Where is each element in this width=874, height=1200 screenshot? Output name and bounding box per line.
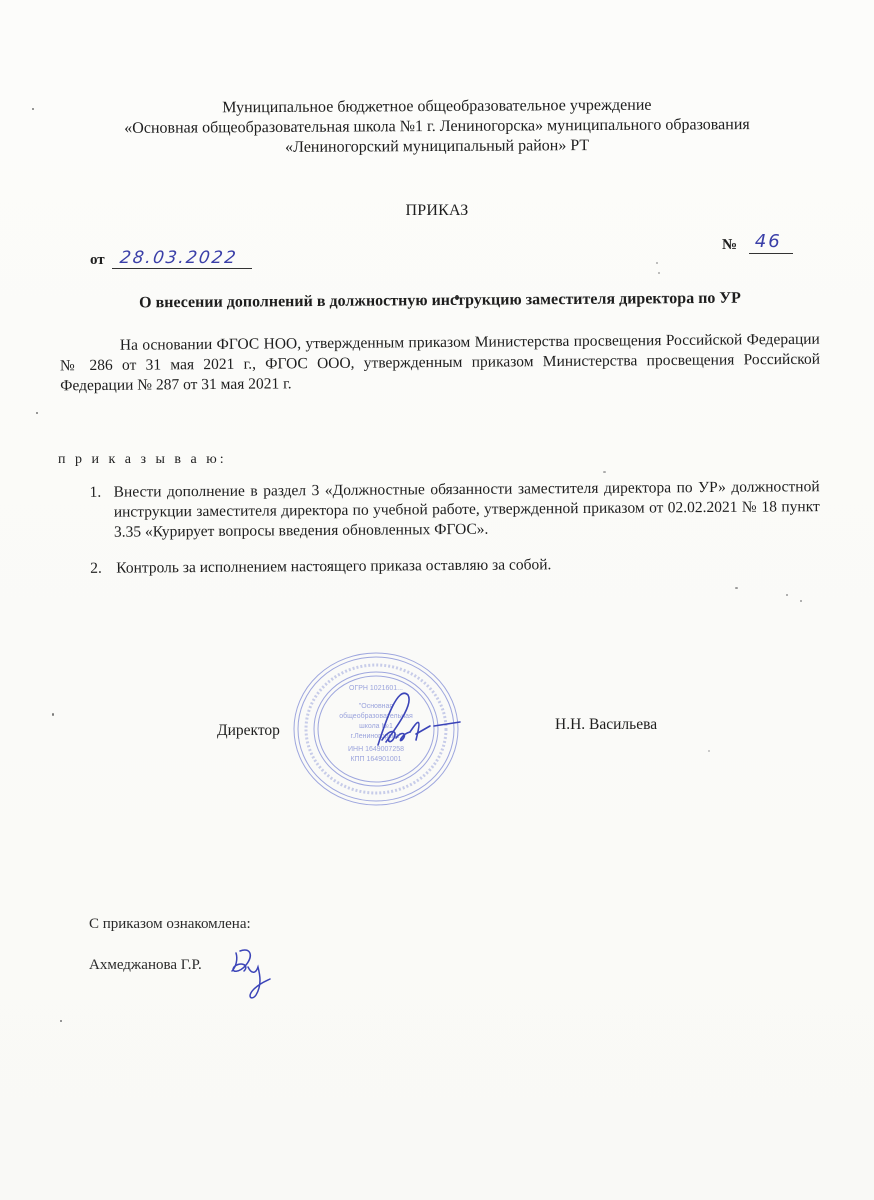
scan-speck bbox=[656, 262, 658, 264]
scan-speck bbox=[800, 600, 802, 602]
item-number: 2. bbox=[90, 559, 102, 579]
signatory-position: Директор bbox=[217, 722, 280, 740]
svg-text:КПП 164901001: КПП 164901001 bbox=[350, 756, 401, 763]
scan-speck bbox=[52, 713, 54, 716]
svg-text:ОГРН 1021601...: ОГРН 1021601... bbox=[349, 685, 403, 692]
order-item-2: 2. Контроль за исполнением настоящего пр… bbox=[90, 553, 820, 579]
scan-speck bbox=[32, 108, 34, 110]
number-value: 46 bbox=[755, 231, 782, 252]
svg-text:ИНН 1649007258: ИНН 1649007258 bbox=[348, 746, 404, 753]
date-value: 28.03.2022 bbox=[119, 248, 239, 268]
scan-speck bbox=[786, 594, 788, 596]
scanned-document-page: Муниципальное бюджетное общеобразователь… bbox=[0, 0, 874, 1200]
date-label: от bbox=[90, 252, 105, 269]
order-number-field: № 46 bbox=[722, 233, 793, 254]
scan-speck bbox=[603, 471, 606, 473]
item-text: Контроль за исполнением настоящего прика… bbox=[116, 556, 551, 576]
svg-text:школа №1: школа №1 bbox=[359, 723, 393, 730]
scan-speck bbox=[735, 587, 738, 589]
scan-speck bbox=[36, 412, 38, 414]
document-type-title: ПРИКАЗ bbox=[0, 202, 874, 220]
acknowledgement-label: С приказом ознакомлена: bbox=[89, 916, 251, 933]
scan-speck bbox=[658, 272, 660, 274]
item-text: Внести дополнение в раздел 3 «Должностны… bbox=[114, 478, 820, 541]
order-items-list: 1. Внести дополнение в раздел 3 «Должнос… bbox=[90, 477, 821, 595]
item-number: 1. bbox=[90, 483, 102, 503]
number-underline: 46 bbox=[749, 233, 793, 254]
institution-header: Муниципальное бюджетное общеобразователь… bbox=[60, 95, 814, 160]
scan-speck bbox=[60, 1020, 62, 1022]
order-subject: О внесении дополнений в должностную инст… bbox=[60, 289, 820, 313]
date-underline: 28.03.2022 bbox=[112, 248, 252, 269]
signatory-name: Н.Н. Васильева bbox=[555, 716, 657, 734]
number-label: № bbox=[722, 237, 737, 253]
svg-text:"Основная: "Основная bbox=[359, 703, 394, 710]
order-basis-paragraph: На основании ФГОС НОО, утвержденным прик… bbox=[60, 330, 820, 397]
order-item-1: 1. Внести дополнение в раздел 3 «Должнос… bbox=[90, 477, 820, 543]
handwritten-signature-icon bbox=[226, 945, 276, 1005]
order-date-field: от 28.03.2022 bbox=[90, 248, 252, 269]
official-stamp-icon: ОГРН 1021601... "Основная общеобразовате… bbox=[290, 650, 462, 808]
acknowledgement-name: Ахмеджанова Г.Р. bbox=[89, 957, 202, 974]
order-word: п р и к а з ы в а ю: bbox=[58, 452, 227, 468]
scan-speck bbox=[708, 750, 710, 752]
